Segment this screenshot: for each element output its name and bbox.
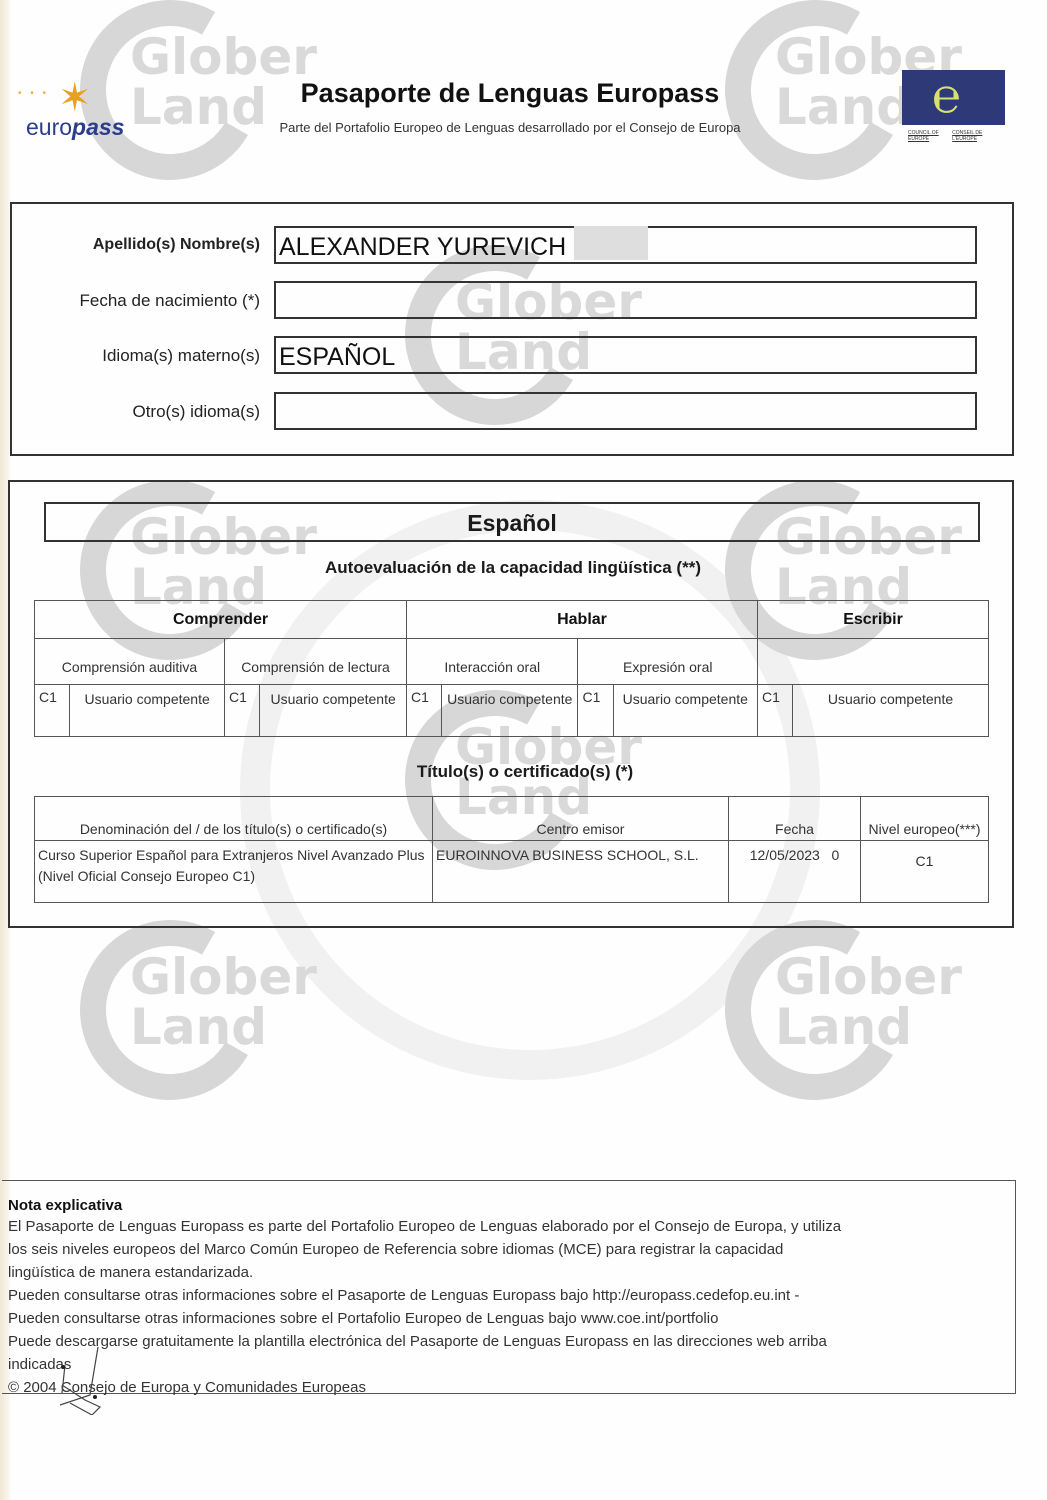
certificates-table: Denominación del / de los título(s) o ce… bbox=[34, 796, 989, 903]
note-line: los seis niveles europeos del Marco Comú… bbox=[8, 1238, 1015, 1261]
europass-figure-icon: ✶ bbox=[58, 78, 92, 118]
skill-level: C1 bbox=[578, 685, 613, 737]
note-line: © 2004 Consejo de Europa y Comunidades E… bbox=[8, 1376, 1015, 1399]
skill-descriptor: Usuario competente bbox=[260, 685, 407, 737]
skill-descriptor: Usuario competente bbox=[793, 685, 989, 737]
section-escribir: Escribir bbox=[758, 601, 989, 639]
certificate-level: C1 bbox=[861, 841, 989, 903]
field-mother-tongue: Idioma(s) materno(s) ESPAÑOL bbox=[12, 336, 1012, 376]
council-of-europe-flag-icon: ℮ bbox=[902, 70, 1005, 125]
skill-header: Comprensión de lectura bbox=[225, 639, 407, 685]
note-line: indicadas bbox=[8, 1353, 1015, 1376]
self-assessment-grid: Comprender Hablar Escribir Comprensión a… bbox=[34, 600, 989, 737]
field-other-languages: Otro(s) idioma(s) bbox=[12, 392, 1012, 432]
field-label: Idioma(s) materno(s) bbox=[12, 346, 260, 366]
skill-level: C1 bbox=[407, 685, 442, 737]
skill-header: Comprensión auditiva bbox=[35, 639, 225, 685]
col-header-issuer: Centro emisor bbox=[433, 797, 729, 841]
document-title: Pasaporte de Lenguas Europass bbox=[260, 78, 760, 109]
certificate-issuer: EUROINNOVA BUSINESS SCHOOL, S.L. bbox=[433, 841, 729, 903]
birthdate-field bbox=[274, 281, 977, 319]
signature-scribble-icon bbox=[50, 1345, 110, 1415]
skill-descriptor: Usuario competente bbox=[442, 685, 578, 737]
mother-tongue-field: ESPAÑOL bbox=[274, 336, 977, 374]
field-label: Otro(s) idioma(s) bbox=[12, 402, 260, 422]
note-line: Pueden consultarse otras informaciones s… bbox=[8, 1307, 1015, 1330]
section-comprender: Comprender bbox=[35, 601, 407, 639]
name-field: ALEXANDER YUREVICH bbox=[274, 226, 977, 264]
skill-descriptor: Usuario competente bbox=[70, 685, 225, 737]
note-line: lingüística de manera estandarizada. bbox=[8, 1261, 1015, 1284]
certificate-row: Curso Superior Español para Extranjeros … bbox=[35, 841, 989, 903]
language-section: Español Autoevaluación de la capacidad l… bbox=[8, 480, 1014, 928]
language-name: Español bbox=[44, 502, 980, 542]
skill-header: Interacción oral bbox=[407, 639, 578, 685]
self-assessment-title: Autoevaluación de la capacidad lingüísti… bbox=[10, 558, 1016, 578]
globerland-watermark: GloberLand bbox=[80, 920, 330, 1110]
europass-logo: • • • ✶ europass bbox=[18, 78, 148, 148]
field-birthdate: Fecha de nacimiento (*) bbox=[12, 281, 1012, 321]
field-label: Apellido(s) Nombre(s) bbox=[12, 236, 260, 254]
explanatory-note: Nota explicativa El Pasaporte de Lenguas… bbox=[2, 1180, 1016, 1394]
personal-info-section: Apellido(s) Nombre(s) ALEXANDER YUREVICH… bbox=[10, 202, 1014, 456]
skill-level: C1 bbox=[758, 685, 793, 737]
note-line: El Pasaporte de Lenguas Europass es part… bbox=[8, 1215, 1015, 1238]
redacted-block bbox=[574, 226, 648, 260]
document-subtitle: Parte del Portafolio Europeo de Lenguas … bbox=[260, 117, 760, 138]
skill-level: C1 bbox=[35, 685, 70, 737]
skill-header bbox=[758, 639, 989, 685]
col-header-name: Denominación del / de los título(s) o ce… bbox=[35, 797, 433, 841]
certificate-name: Curso Superior Español para Extranjeros … bbox=[35, 841, 433, 903]
skill-header: Expresión oral bbox=[578, 639, 758, 685]
col-header-date: Fecha bbox=[729, 797, 861, 841]
field-label: Fecha de nacimiento (*) bbox=[12, 291, 260, 311]
other-languages-field bbox=[274, 392, 977, 430]
skill-descriptor: Usuario competente bbox=[613, 685, 757, 737]
section-hablar: Hablar bbox=[407, 601, 758, 639]
col-header-level: Nivel europeo(***) bbox=[861, 797, 989, 841]
note-line: Puede descargarse gratuitamente la plant… bbox=[8, 1330, 1015, 1353]
note-line: Pueden consultarse otras informaciones s… bbox=[8, 1284, 1015, 1307]
skill-level: C1 bbox=[225, 685, 260, 737]
certificate-date: 12/05/2023 0 bbox=[729, 841, 861, 903]
certificates-title: Título(s) o certificado(s) (*) bbox=[10, 762, 1040, 782]
stars-decoration-icon: • • • bbox=[18, 88, 49, 99]
globerland-watermark: GloberLand bbox=[725, 920, 975, 1110]
council-of-europe-logo: ℮ COUNCIL OF EUROPECONSEIL DE L'EUROPE bbox=[902, 70, 1005, 150]
field-name: Apellido(s) Nombre(s) ALEXANDER YUREVICH bbox=[12, 226, 1012, 266]
note-title: Nota explicativa bbox=[8, 1197, 1015, 1215]
